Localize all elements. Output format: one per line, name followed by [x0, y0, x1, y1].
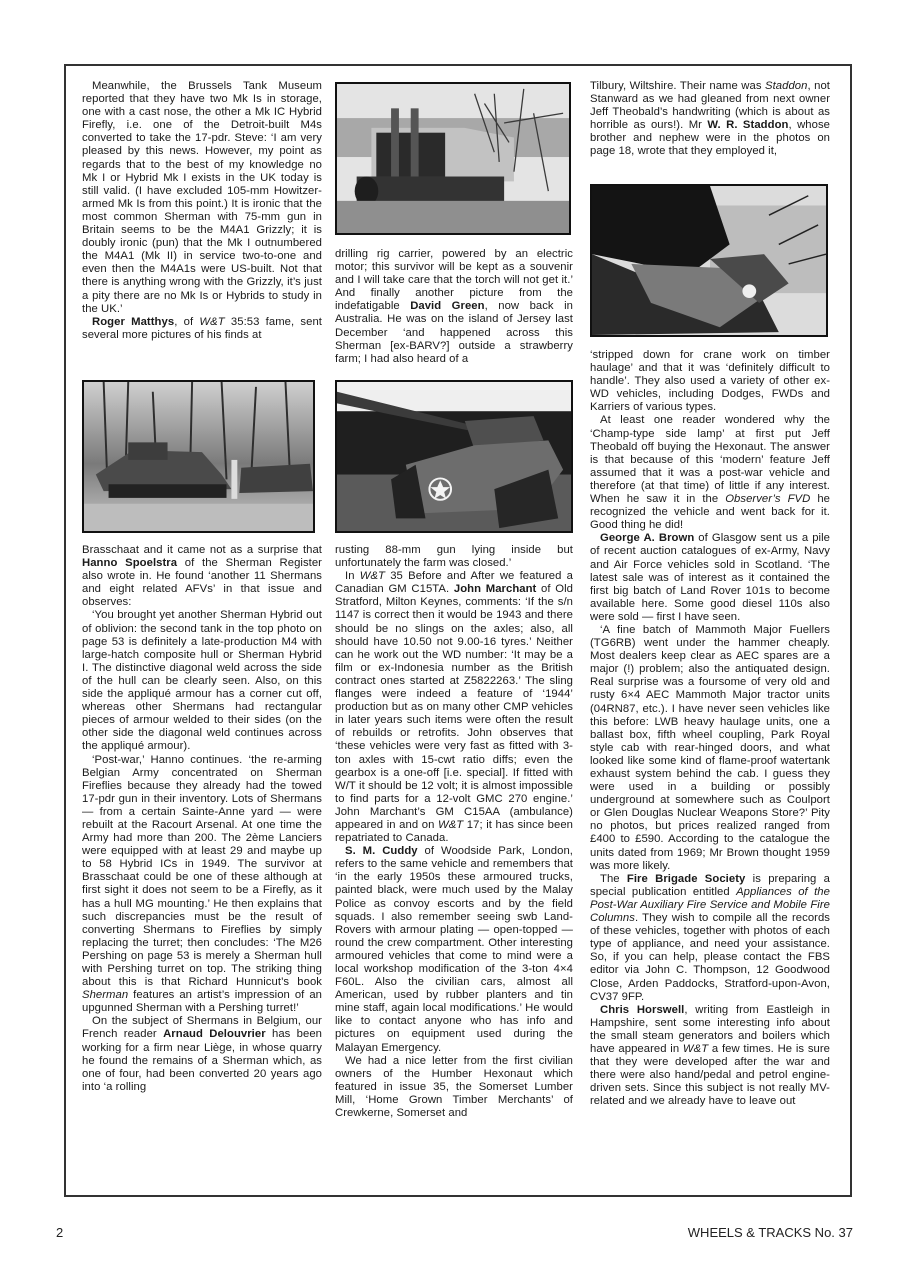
- paragraph: The Fire Brigade Society is preparing a …: [590, 873, 830, 1004]
- person-name: Arnaud Delouvrier: [163, 1028, 266, 1040]
- book-title: Sherman: [82, 989, 128, 1001]
- paragraph: Roger Matthys, of W&T 35:53 fame, sent s…: [82, 316, 322, 342]
- paragraph: Tilbury, Wiltshire. Their name was Stadd…: [590, 80, 830, 159]
- paragraph: At least one reader wondered why the ‘Ch…: [590, 414, 830, 532]
- person-name: W. R. Staddon: [707, 119, 788, 131]
- paragraph: Meanwhile, the Brussels Tank Museum repo…: [82, 80, 322, 316]
- person-name: S. M. Cuddy: [345, 845, 418, 857]
- paragraph: ‘Post-war,’ Hanno continues. ‘the re-arm…: [82, 754, 322, 1016]
- organization-name: Fire Brigade Society: [627, 873, 745, 885]
- paragraph: Brasschaat and it came not as a surprise…: [82, 544, 322, 609]
- publication-ref: W&T: [438, 819, 463, 831]
- text: The: [600, 873, 627, 885]
- publication-footer: WHEELS & TRACKS No. 37: [688, 1225, 853, 1240]
- person-name: Roger Matthys: [92, 316, 174, 328]
- text: Tilbury, Wiltshire. Their name was: [590, 80, 765, 92]
- paragraph: rusting 88-mm gun lying inside but unfor…: [335, 544, 573, 570]
- paragraph: Chris Horswell, writing from Eastleigh i…: [590, 1004, 830, 1109]
- column-1-bottom: Brasschaat and it came not as a surprise…: [82, 544, 322, 1094]
- paragraph: ‘You brought yet another Sherman Hybrid …: [82, 609, 322, 753]
- column-3-bottom: ‘stripped down for crane work on timber …: [590, 349, 830, 1108]
- tanks-in-woods-image: [84, 382, 313, 531]
- text: At least one reader wondered why the ‘Ch…: [590, 414, 830, 505]
- person-name: Chris Horswell: [600, 1004, 684, 1016]
- photo-shed-tank: [335, 82, 571, 235]
- book-title: Observer’s FVD: [725, 493, 810, 505]
- hexonaut-vehicle-image: [592, 186, 826, 335]
- photo-brasschaat-shermans: [82, 380, 315, 533]
- paragraph: ‘A fine batch of Mammoth Major Fuellers …: [590, 624, 830, 873]
- page-number: 2: [56, 1225, 63, 1240]
- person-name: George A. Brown: [600, 532, 694, 544]
- paragraph: drilling rig carrier, powered by an elec…: [335, 248, 573, 366]
- text: . They wish to compile all the records o…: [590, 912, 830, 1003]
- text: In: [345, 570, 360, 582]
- column-2-top: drilling rig carrier, powered by an elec…: [335, 248, 573, 366]
- text: of Glasgow sent us a pile of recent auct…: [590, 532, 830, 623]
- paragraph: On the subject of Shermans in Belgium, o…: [82, 1015, 322, 1094]
- paragraph: S. M. Cuddy of Woodside Park, London, re…: [335, 845, 573, 1055]
- overgrown-tank-shed-image: [337, 84, 569, 233]
- publication-ref: W&T: [199, 316, 224, 328]
- paragraph: ‘stripped down for crane work on timber …: [590, 349, 830, 414]
- text: Brasschaat and it came not as a surprise…: [82, 544, 322, 556]
- text: ‘Post-war,’ Hanno continues. ‘the re-arm…: [82, 754, 322, 989]
- surname: Staddon: [765, 80, 807, 92]
- person-name: David Green: [410, 300, 484, 312]
- text: , of: [174, 316, 199, 328]
- column-3-top: Tilbury, Wiltshire. Their name was Stadd…: [590, 80, 830, 159]
- photo-hexonaut: [590, 184, 828, 337]
- publication-ref: W&T: [683, 1043, 708, 1055]
- text: of Old Stratford, Milton Keynes, comment…: [335, 583, 573, 831]
- sherman-white-star-image: [337, 382, 571, 531]
- publication-ref: W&T: [360, 570, 385, 582]
- column-2-bottom: rusting 88-mm gun lying inside but unfor…: [335, 544, 573, 1120]
- person-name: John Marchant: [454, 583, 537, 595]
- person-name: Hanno Spoelstra: [82, 557, 177, 569]
- paragraph: We had a nice letter from the first civi…: [335, 1055, 573, 1120]
- paragraph: In W&T 35 Before and After we featured a…: [335, 570, 573, 845]
- photo-jersey-sherman: [335, 380, 573, 533]
- text: of Woodside Park, London, refers to the …: [335, 845, 573, 1053]
- paragraph: George A. Brown of Glasgow sent us a pil…: [590, 532, 830, 624]
- column-1-top: Meanwhile, the Brussels Tank Museum repo…: [82, 80, 322, 342]
